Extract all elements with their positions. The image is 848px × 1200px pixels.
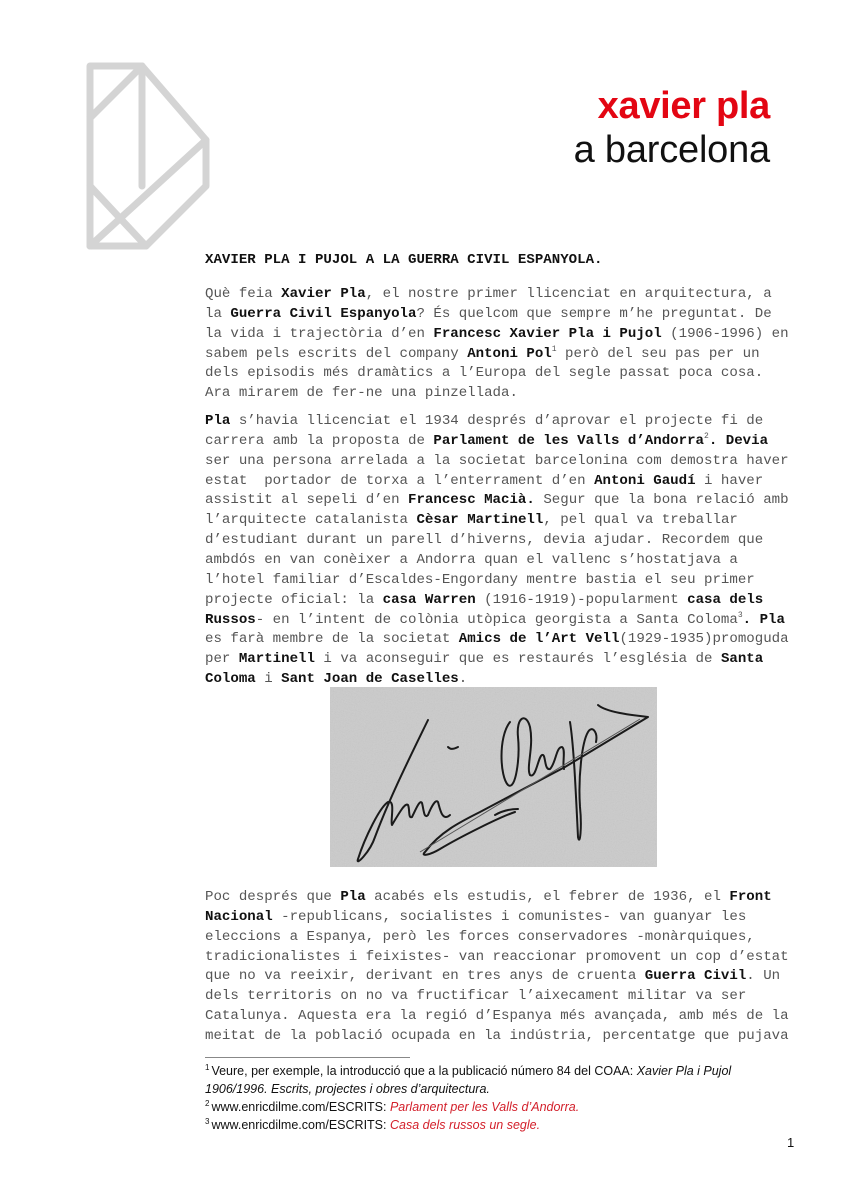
text-line: Poc després que Pla acabés els estudis, … [205,887,772,907]
text: Segur que la bona relació amb [535,492,789,508]
signature-image [330,687,657,867]
bold-text: Guerra Civil [645,968,747,984]
text: ? És quelcom que sempre m’he preguntat. … [416,306,771,322]
text: l’hotel familiar d’Escaldes-Engordany me… [205,572,755,588]
text: dels territoris on no va fructificar l’a… [205,988,746,1004]
text-line: Què feia Xavier Pla, el nostre primer ll… [205,284,772,304]
text: Ara mirarem de fer-ne una pinzellada. [205,385,518,401]
text: s’havia llicenciat el 1934 després d’apr… [230,413,763,429]
text-line: meitat de la població ocupada en la indú… [205,1026,789,1046]
bold-text: . Devia [709,433,768,449]
footnote-3: 3www.enricdilme.com/ESCRITS: Casa dels r… [205,1116,540,1134]
text-line: d’estudiant durant un parell d’hiverns, … [205,530,763,550]
footnote-2: 2www.enricdilme.com/ESCRITS: Parlament p… [205,1098,579,1116]
text-line: l’arquitecte catalanista Cèsar Martinell… [205,510,738,530]
bold-text: Amics de l’Art Vell [459,631,620,647]
footnote-3-number: 3 [205,1117,209,1126]
brand-title: xavier pla a barcelona [574,84,770,172]
bold-text: Pla [205,413,230,429]
text-line: sabem pels escrits del company Antoni Po… [205,344,760,364]
bold-text: . Pla [743,612,785,628]
footnote-1: 1Veure, per exemple, la introducció que … [205,1062,731,1080]
article-heading: XAVIER PLA I PUJOL A LA GUERRA CIVIL ESP… [205,252,603,268]
text: . Un [746,968,780,984]
text: , pel qual va treballar [543,512,738,528]
text: Catalunya. Aquesta era la regió d’Espany… [205,1008,789,1024]
bold-text: casa dels [687,592,763,608]
text: ser una persona arrelada a la societat b… [205,453,789,469]
text: i [256,671,281,687]
text: assistit al sepeli d’en [205,492,408,508]
bold-text: Francesc Macià. [408,492,535,508]
text: meitat de la població ocupada en la indú… [205,1028,789,1044]
text: d’estudiant durant un parell d’hiverns, … [205,532,763,548]
text-line: tradicionalistes i feixistes- van reacci… [205,947,789,967]
footnote-separator [205,1057,410,1058]
text: -republicans, socialistes i comunistes- … [273,909,747,925]
text: - en l’intent de colònia utòpica georgis… [256,612,738,628]
text: (1929-1935)promoguda [619,631,788,647]
footnote-1-title: Xavier Pla i Pujol [637,1064,732,1078]
text: , el nostre primer llicenciat en arquite… [366,286,772,302]
text-line: Catalunya. Aquesta era la regió d’Espany… [205,1006,789,1026]
text-line: Russos- en l’intent de colònia utòpica g… [205,610,785,630]
text: que no va reeixir, derivant en tres anys… [205,968,645,984]
text: (1916-1919)-popularment [476,592,687,608]
text: carrera amb la proposta de [205,433,433,449]
text-line: ambdós en van conèixer a Andorra quan el… [205,550,738,570]
footnote-3-text: www.enricdilme.com/ESCRITS: [211,1118,390,1132]
footnote-1-number: 1 [205,1063,209,1072]
text: sabem pels escrits del company [205,346,467,362]
text-line: per Martinell i va aconseguir que es res… [205,649,763,669]
bold-text: Antoni Gaudí [594,473,696,489]
bold-text: Coloma [205,671,256,687]
bold-text: Xavier Pla [281,286,366,302]
bold-text: Nacional [205,909,273,925]
text: tradicionalistes i feixistes- van reacci… [205,949,789,965]
bold-text: Parlament de les Valls d’Andorra [433,433,704,449]
bold-text: Santa [721,651,763,667]
brand-title-line1: xavier pla [574,84,770,128]
footnote-1-text: Veure, per exemple, la introducció que a… [211,1064,636,1078]
footnote-2-link[interactable]: Parlament per les Valls d’Andorra. [390,1100,579,1114]
footnote-3-link[interactable]: Casa dels russos un segle. [390,1118,540,1132]
footnote-2-text: www.enricdilme.com/ESCRITS: [211,1100,390,1114]
bold-text: Francesc Xavier Pla i Pujol [433,326,661,342]
page-number: 1 [787,1135,794,1150]
logo-icon [82,58,216,252]
text-line: la vida i trajectòria d’en Francesc Xavi… [205,324,789,344]
text: (1906-1996) en [662,326,789,342]
bold-text: Martinell [239,651,315,667]
text: ambdós en van conèixer a Andorra quan el… [205,552,738,568]
bold-text: Cèsar Martinell [416,512,543,528]
text-line: Pla s’havia llicenciat el 1934 després d… [205,411,763,431]
text-line: dels episodis més dramàtics a l’Europa d… [205,363,763,383]
footnote-1-title-cont: 1906/1996. Escrits, projectes i obres d’… [205,1082,490,1096]
text-line: projecte oficial: la casa Warren (1916-1… [205,590,763,610]
text: i haver [696,473,764,489]
text: Què feia [205,286,281,302]
bold-text: Russos [205,612,256,628]
bold-text: Sant Joan de Caselles [281,671,459,687]
text-line: ser una persona arrelada a la societat b… [205,451,789,471]
text-line: es farà membre de la societat Amics de l… [205,629,789,649]
footnote-1-continued: 1906/1996. Escrits, projectes i obres d’… [205,1080,490,1098]
text: l’arquitecte catalanista [205,512,416,528]
text-line: l’hotel familiar d’Escaldes-Engordany me… [205,570,755,590]
bold-text: Front [729,889,771,905]
bold-text: Pla [340,889,365,905]
footnote-2-number: 2 [205,1099,209,1108]
text: dels episodis més dramàtics a l’Europa d… [205,365,763,381]
text: . [459,671,467,687]
text: per [205,651,239,667]
text: projecte oficial: la [205,592,383,608]
text: Poc després que [205,889,340,905]
text-line: Nacional -republicans, socialistes i com… [205,907,746,927]
text-line: la Guerra Civil Espanyola? És quelcom qu… [205,304,772,324]
text: acabés els estudis, el febrer de 1936, e… [366,889,730,905]
text-line: dels territoris on no va fructificar l’a… [205,986,746,1006]
bold-text: casa Warren [383,592,476,608]
text: la [205,306,230,322]
text-line: eleccions a Espanya, però les forces con… [205,927,755,947]
text-line: carrera amb la proposta de Parlament de … [205,431,768,451]
text: i va aconseguir que es restaurés l’esglé… [315,651,721,667]
text: la vida i trajectòria d’en [205,326,433,342]
text: però del seu pas per un [557,346,760,362]
text: eleccions a Espanya, però les forces con… [205,929,755,945]
brand-title-line2: a barcelona [574,128,770,172]
text: es farà membre de la societat [205,631,459,647]
bold-text: Guerra Civil Espanyola [230,306,416,322]
text-line: assistit al sepeli d’en Francesc Macià. … [205,490,789,510]
text-line: estat portador de torxa a l’enterrament … [205,471,763,491]
text: estat portador de torxa a l’enterrament … [205,473,594,489]
bold-text: Antoni Pol [467,346,552,362]
text-line: Ara mirarem de fer-ne una pinzellada. [205,383,518,403]
text-line: que no va reeixir, derivant en tres anys… [205,966,780,986]
